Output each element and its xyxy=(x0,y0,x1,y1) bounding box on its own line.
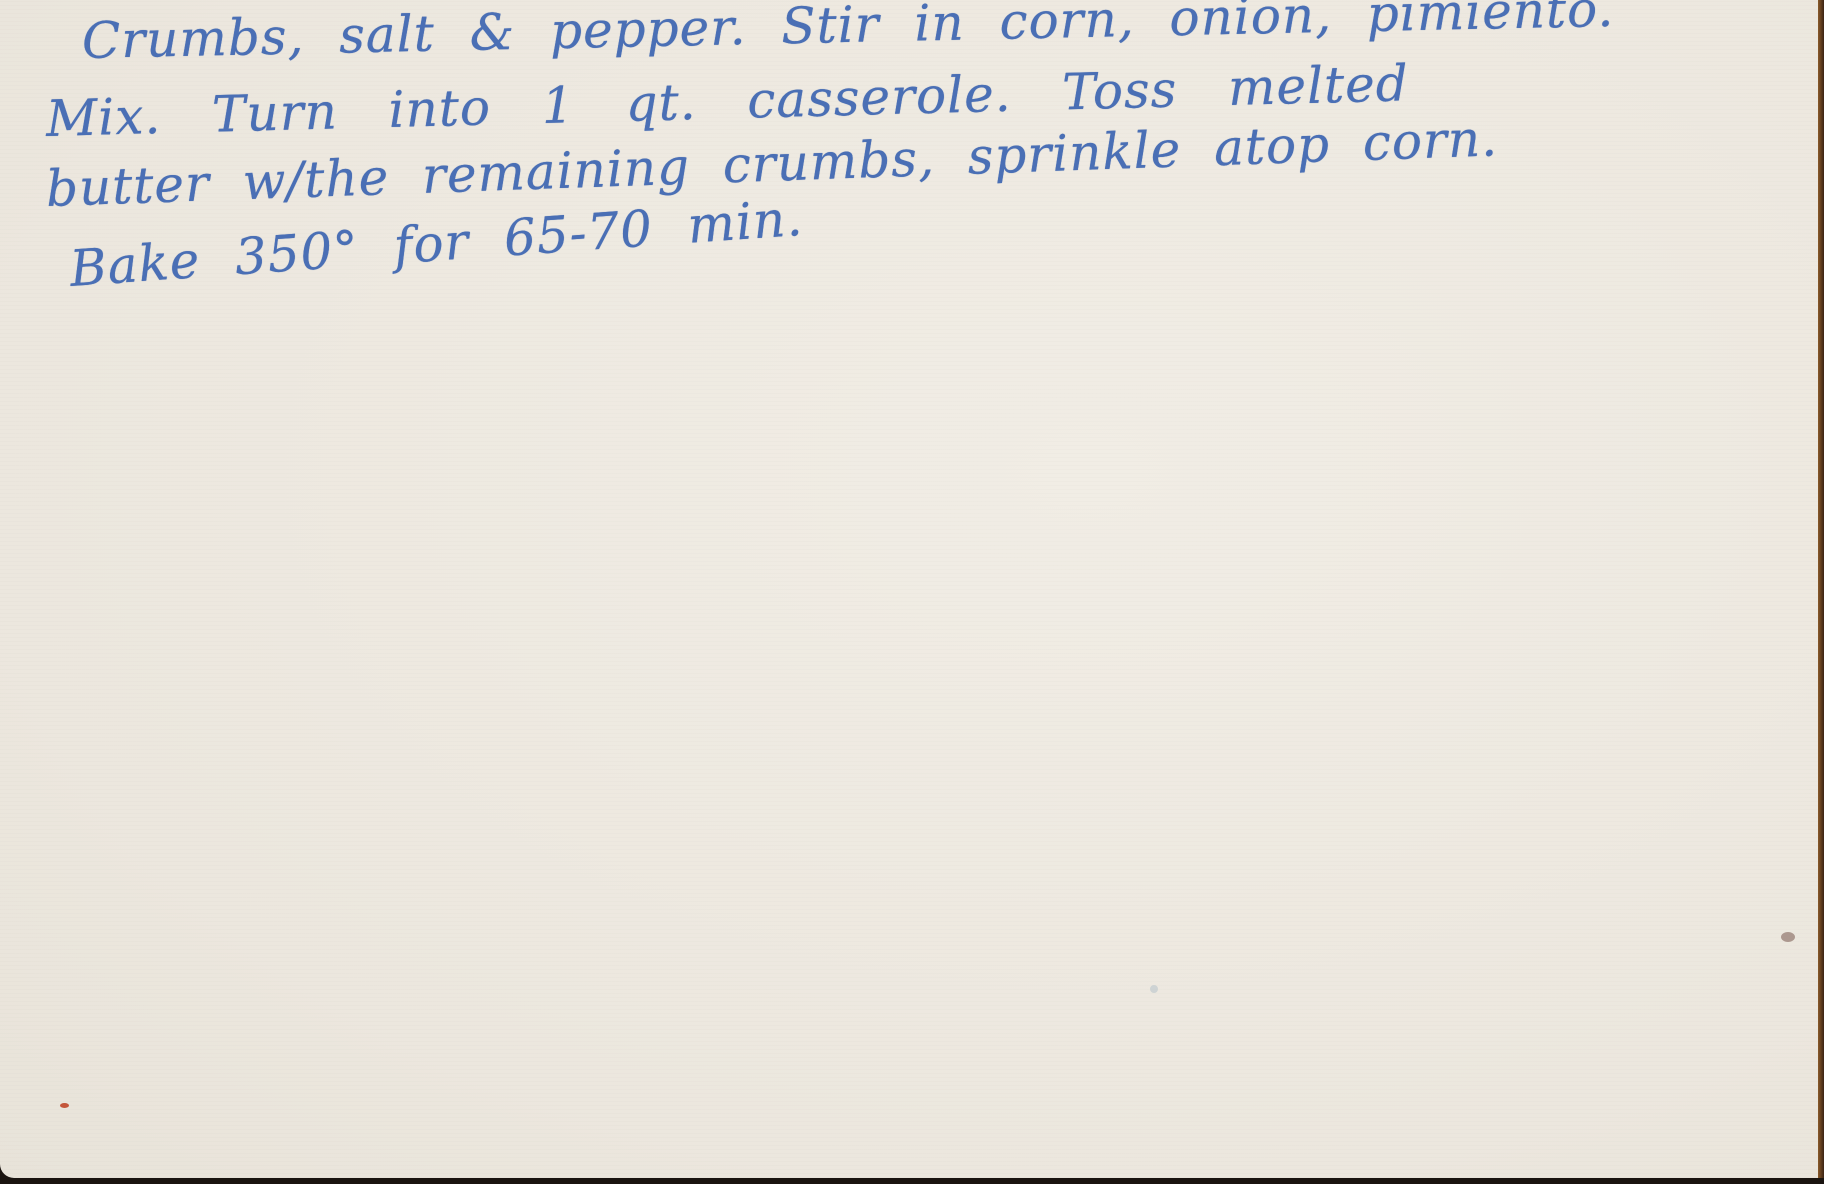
paper-stain xyxy=(1781,932,1795,942)
paper-ink-mark xyxy=(60,1103,69,1108)
handwritten-recipe-text: Crumbs, salt & pepper. Stir in corn, oni… xyxy=(0,0,1818,400)
paper-smudge xyxy=(1150,985,1158,993)
scan-edge-right xyxy=(1818,0,1824,1184)
scan-edge-bottom xyxy=(0,1178,1824,1184)
recipe-card: Crumbs, salt & pepper. Stir in corn, oni… xyxy=(0,0,1818,1178)
